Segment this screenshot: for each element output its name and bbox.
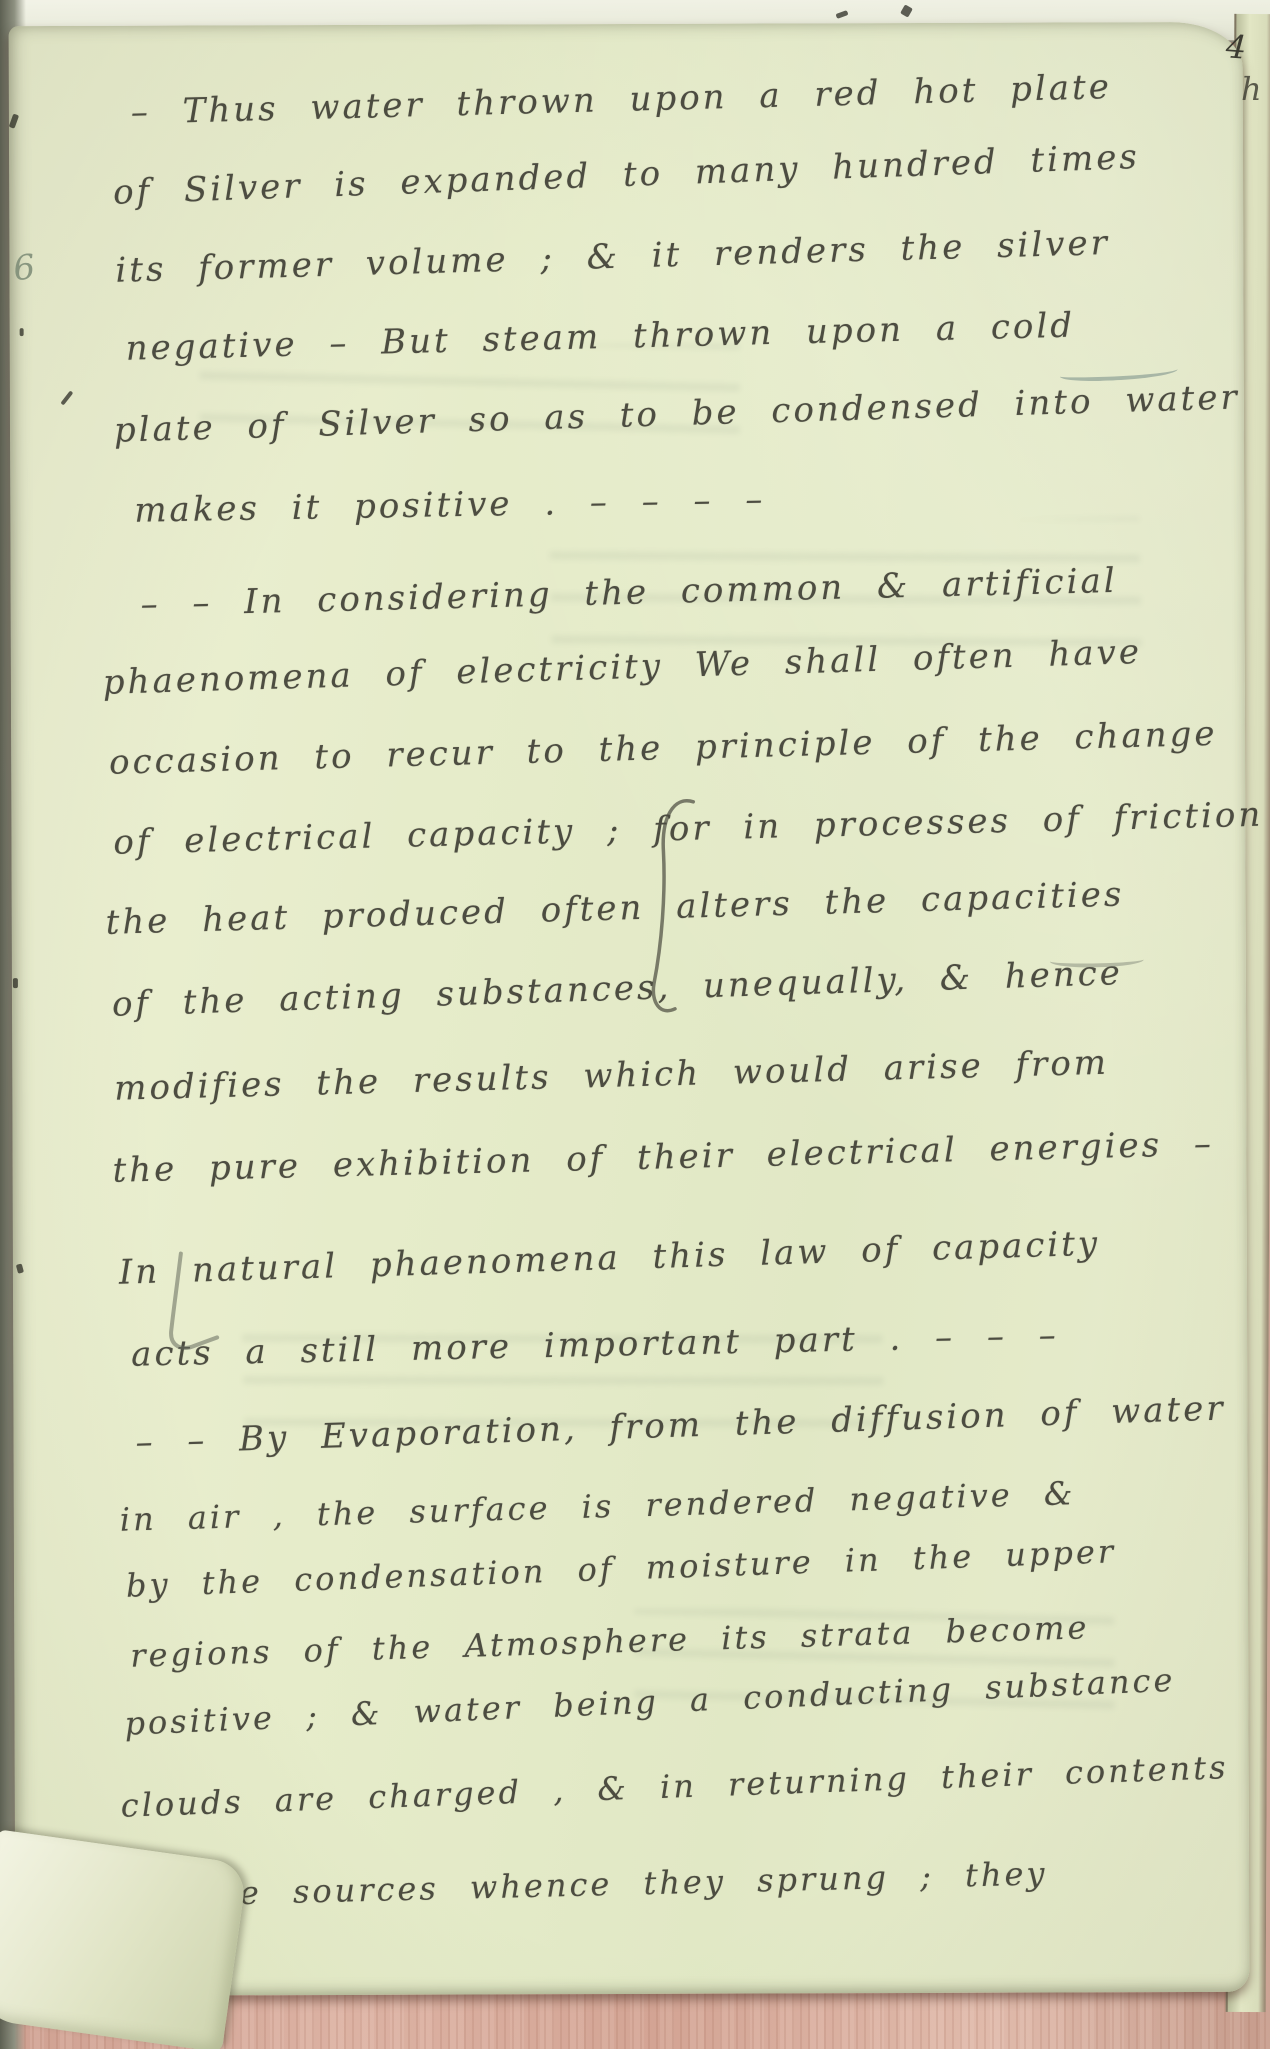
handwriting-line: modifies the results which would arise f… [114,1042,1110,1111]
handwriting-line: – – By Evaporation, from the diffusion o… [135,1387,1226,1464]
ink-speck [20,328,24,336]
ink-speck [16,1263,24,1273]
handwriting-line: regions of the Atmosphere its strata bec… [130,1607,1090,1675]
handwriting-line: In natural phaenomena this law of capaci… [118,1223,1100,1295]
manuscript-photo: 6 – Thus water thrown upon a red hot pla… [0,0,1270,2049]
margin-pencil-number: 6 [11,247,37,289]
ink-speck [60,390,73,405]
handwriting-line: to the sources whence they sprung ; they [131,1853,1048,1915]
handwriting-line: acts a still more important part . – – – [131,1314,1059,1376]
ink-speck [9,114,19,129]
handwriting-line: of Silver is expanded to many hundred ti… [112,136,1140,214]
manuscript-page: 6 – Thus water thrown upon a red hot pla… [9,22,1250,1996]
handwriting-line: – – In considering the common & artifici… [140,560,1118,626]
page-number: 4 [1225,27,1248,66]
ink-speck [13,978,18,988]
handwriting-line: in air , the surface is rendered negativ… [119,1473,1076,1540]
margin-bracket-mark [151,1247,225,1359]
edge-letter-fragment: h [1241,70,1262,108]
handwriting-line: makes it positive . – – – – [134,479,766,533]
handwriting-line: its former volume ; & it renders the sil… [115,222,1111,292]
handwriting-line: negative – But steam thrown upon a cold [125,305,1075,371]
handwriting-line: the heat produced often alters the capac… [105,873,1125,944]
handwriting-line: phaenomena of electricity We shall often… [102,631,1142,704]
handwriting-line: of the acting substances, unequally, & h… [111,952,1123,1026]
handwriting-line: clouds are charged , & in returning thei… [120,1747,1229,1826]
handwriting-line: the pure exhibition of their electrical … [112,1123,1214,1192]
handwriting-line: by the condensation of moisture in the u… [125,1531,1116,1606]
handwriting-line: occasion to recur to the principle of th… [109,713,1218,785]
handwriting-line: positive ; & water being a conducting su… [124,1660,1176,1744]
handwriting-line: – Thus water thrown upon a red hot plate [130,66,1112,134]
page-curl-bottom-left [0,1829,248,2049]
handwriting-line: plate of Silver so as to be condensed in… [113,376,1240,452]
insertion-bracket-mark [639,792,710,1024]
